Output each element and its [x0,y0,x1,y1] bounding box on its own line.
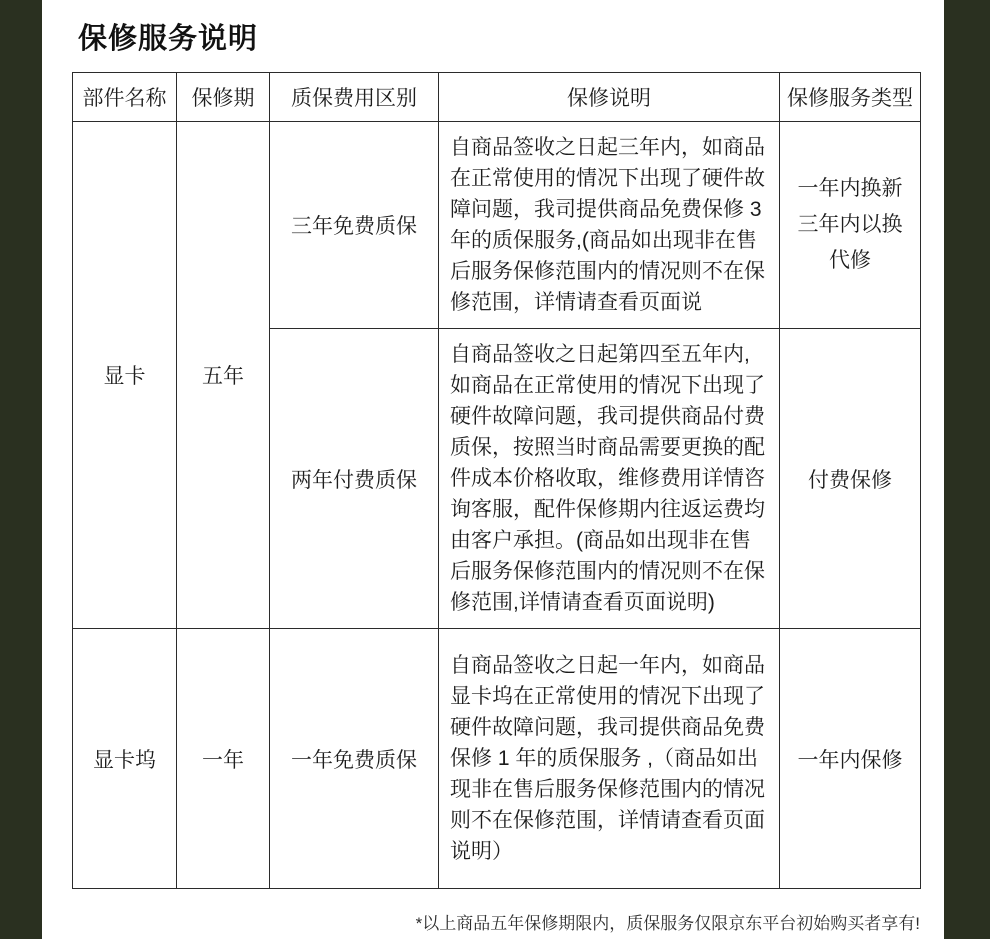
header-description: 保修说明 [439,73,780,122]
service-type-cell: 付费保修 [780,329,921,629]
header-service-type: 保修服务类型 [780,73,921,122]
warranty-period-cell: 一年 [177,629,270,889]
page-title: 保修服务说明 [42,0,944,57]
content-panel: 保修服务说明 部件名称 保修期 质保费用区别 保修说明 保修服务类型 [42,0,944,939]
fee-tier-cell: 两年付费质保 [270,329,439,629]
fee-tier-cell: 一年免费质保 [270,629,439,889]
page-frame: 保修服务说明 部件名称 保修期 质保费用区别 保修说明 保修服务类型 [0,0,990,939]
service-type-cell: 一年内换新 三年内以换 代修 [780,122,921,329]
description-cell: 自商品签收之日起三年内，如商品在正常使用的情况下出现了硬件故障问题，我司提供商品… [439,122,780,329]
table-row: 显卡 五年 三年免费质保 自商品签收之日起三年内，如商品在正常使用的情况下出现了… [73,122,921,329]
header-fee-tier: 质保费用区别 [270,73,439,122]
warranty-table: 部件名称 保修期 质保费用区别 保修说明 保修服务类型 显卡 五年 三年免费质保… [72,72,921,889]
header-part-name: 部件名称 [73,73,177,122]
table-header-row: 部件名称 保修期 质保费用区别 保修说明 保修服务类型 [73,73,921,122]
service-type-cell: 一年内保修 [780,629,921,889]
part-name-cell: 显卡 [73,122,177,629]
warranty-period-cell: 五年 [177,122,270,629]
footnote: *以上商品五年保修期限内，质保服务仅限京东平台初始购买者享有! [42,909,920,934]
header-warranty-period: 保修期 [177,73,270,122]
fee-tier-cell: 三年免费质保 [270,122,439,329]
table-row: 显卡坞 一年 一年免费质保 自商品签收之日起一年内，如商品显卡坞在正常使用的情况… [73,629,921,889]
part-name-cell: 显卡坞 [73,629,177,889]
description-cell: 自商品签收之日起第四至五年内,如商品在正常使用的情况下出现了硬件故障问题，我司提… [439,329,780,629]
description-cell: 自商品签收之日起一年内，如商品显卡坞在正常使用的情况下出现了硬件故障问题，我司提… [439,629,780,889]
